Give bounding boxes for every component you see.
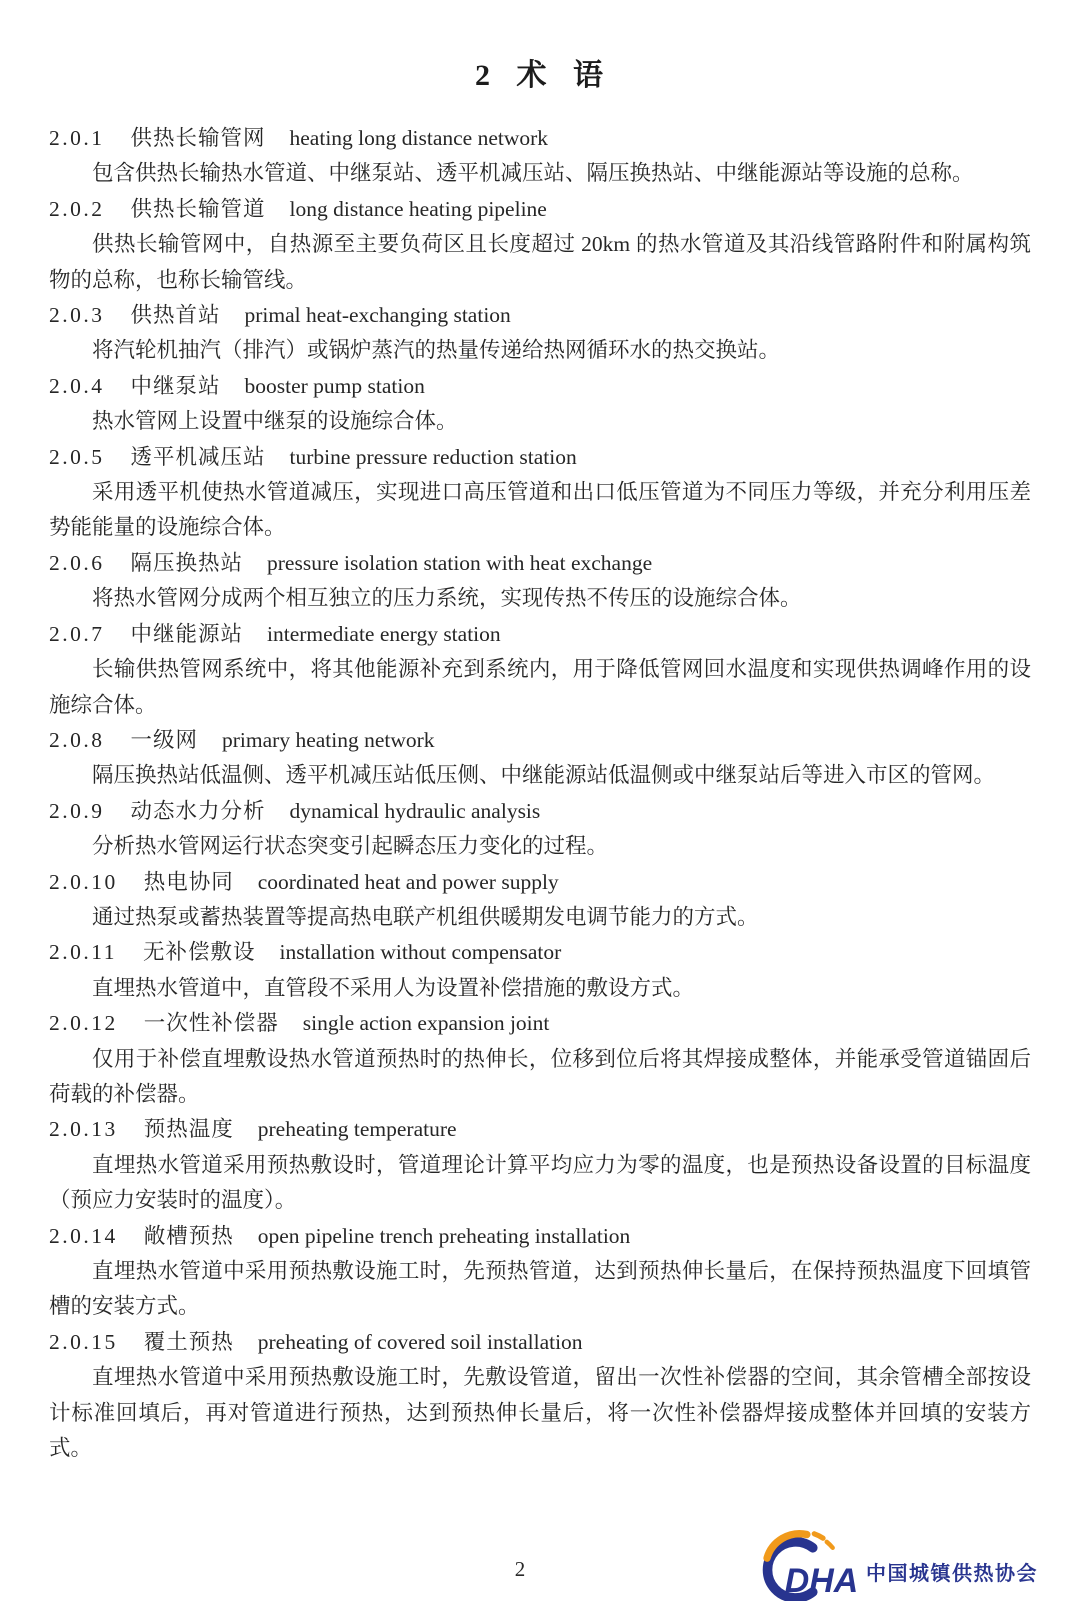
page-number: 2 (470, 1557, 570, 1582)
term-entry: 2.0.15覆土预热preheating of covered soil ins… (49, 1325, 1031, 1467)
term-chinese: 敞槽预热 (144, 1224, 234, 1248)
term-english: primary heating network (222, 728, 435, 752)
term-entry: 2.0.8一级网primary heating network 隔压换热站低温侧… (49, 723, 1031, 794)
term-definition: 将汽轮机抽汽（排汽）或锅炉蒸汽的热量传递给热网循环水的热交换站。 (49, 333, 1031, 368)
term-definition: 分析热水管网运行状态突变引起瞬态压力变化的过程。 (49, 829, 1031, 864)
term-english: dynamical hydraulic analysis (290, 799, 541, 823)
term-english: coordinated heat and power supply (258, 870, 559, 894)
term-number: 2.0.7 (49, 622, 105, 646)
term-heading: 2.0.11无补偿敷设installation without compensa… (49, 935, 1031, 970)
term-number: 2.0.8 (49, 728, 105, 752)
term-definition: 直埋热水管道采用预热敷设时，管道理论计算平均应力为零的温度，也是预热设备设置的目… (49, 1148, 1031, 1219)
term-number: 2.0.11 (49, 940, 117, 964)
term-chinese: 中继泵站 (131, 374, 221, 398)
term-heading: 2.0.15覆土预热preheating of covered soil ins… (49, 1325, 1031, 1360)
term-english: booster pump station (245, 374, 425, 398)
term-entry: 2.0.2供热长输管道long distance heating pipelin… (49, 192, 1031, 298)
term-heading: 2.0.14敞槽预热open pipeline trench preheatin… (49, 1219, 1031, 1254)
association-logo: DHA 中国城镇供热协会 (739, 1527, 1038, 1601)
term-chinese: 透平机减压站 (131, 445, 266, 469)
dha-logo-icon: DHA (739, 1527, 857, 1601)
term-number: 2.0.6 (49, 551, 105, 575)
term-heading: 2.0.6隔压换热站pressure isolation station wit… (49, 546, 1031, 581)
term-entry: 2.0.14敞槽预热open pipeline trench preheatin… (49, 1219, 1031, 1325)
term-heading: 2.0.3供热首站primal heat-exchanging station (49, 298, 1031, 333)
term-english: preheating temperature (258, 1117, 457, 1141)
term-heading: 2.0.5透平机减压站turbine pressure reduction st… (49, 440, 1031, 475)
term-number: 2.0.5 (49, 445, 105, 469)
term-english: pressure isolation station with heat exc… (267, 551, 652, 575)
term-english: intermediate energy station (267, 622, 501, 646)
term-entry: 2.0.1供热长输管网heating long distance network… (49, 121, 1031, 192)
term-heading: 2.0.7中继能源站intermediate energy station (49, 617, 1031, 652)
term-chinese: 供热长输管道 (131, 197, 266, 221)
term-english: single action expansion joint (303, 1011, 550, 1035)
term-heading: 2.0.10热电协同coordinated heat and power sup… (49, 865, 1031, 900)
term-heading: 2.0.8一级网primary heating network (49, 723, 1031, 758)
term-number: 2.0.13 (49, 1117, 118, 1141)
term-number: 2.0.4 (49, 374, 105, 398)
term-definition: 热水管网上设置中继泵的设施综合体。 (49, 404, 1031, 439)
term-definition: 直埋热水管道中采用预热敷设施工时，先敷设管道，留出一次性补偿器的空间，其余管槽全… (49, 1360, 1031, 1466)
association-name: 中国城镇供热协会 (866, 1543, 1038, 1586)
term-entry: 2.0.4中继泵站booster pump station 热水管网上设置中继泵… (49, 369, 1031, 440)
term-chinese: 一次性补偿器 (144, 1011, 279, 1035)
term-chinese: 供热首站 (131, 303, 221, 327)
term-chinese: 热电协同 (144, 870, 234, 894)
term-number: 2.0.10 (49, 870, 118, 894)
term-number: 2.0.14 (49, 1224, 118, 1248)
term-number: 2.0.3 (49, 303, 105, 327)
term-english: preheating of covered soil installation (258, 1330, 583, 1354)
term-chinese: 覆土预热 (144, 1330, 234, 1354)
term-entry: 2.0.10热电协同coordinated heat and power sup… (49, 865, 1031, 936)
term-entry: 2.0.13预热温度preheating temperature 直埋热水管道采… (49, 1112, 1031, 1218)
term-heading: 2.0.4中继泵站booster pump station (49, 369, 1031, 404)
term-number: 2.0.12 (49, 1011, 118, 1035)
term-definition: 长输供热管网系统中，将其他能源补充到系统内，用于降低管网回水温度和实现供热调峰作… (49, 652, 1031, 723)
term-definition: 采用透平机使热水管道减压，实现进口高压管道和出口低压管道为不同压力等级，并充分利… (49, 475, 1031, 546)
term-number: 2.0.9 (49, 799, 105, 823)
term-english: open pipeline trench preheating installa… (258, 1224, 631, 1248)
dha-acronym-text: DHA (785, 1562, 857, 1600)
term-english: heating long distance network (290, 126, 549, 150)
term-entry: 2.0.6隔压换热站pressure isolation station wit… (49, 546, 1031, 617)
term-definition: 供热长输管网中，自热源至主要负荷区且长度超过 20km 的热水管道及其沿线管路附… (49, 227, 1031, 298)
term-entry: 2.0.9动态水力分析dynamical hydraulic analysis … (49, 794, 1031, 865)
term-english: long distance heating pipeline (290, 197, 547, 221)
term-number: 2.0.15 (49, 1330, 118, 1354)
term-definition: 直埋热水管道中采用预热敷设施工时，先预热管道，达到预热伸长量后，在保持预热温度下… (49, 1254, 1031, 1325)
term-chinese: 预热温度 (144, 1117, 234, 1141)
term-definition: 隔压换热站低温侧、透平机减压站低压侧、中继能源站低温侧或中继泵站后等进入市区的管… (49, 758, 1031, 793)
term-heading: 2.0.2供热长输管道long distance heating pipelin… (49, 192, 1031, 227)
term-number: 2.0.2 (49, 197, 105, 221)
term-chinese: 中继能源站 (131, 622, 244, 646)
document-page: 2 术 语 2.0.1供热长输管网heating long distance n… (0, 0, 1080, 1466)
term-english: installation without compensator (279, 940, 561, 964)
term-heading: 2.0.1供热长输管网heating long distance network (49, 121, 1031, 156)
term-entry: 2.0.7中继能源站intermediate energy station 长输… (49, 617, 1031, 723)
term-chinese: 隔压换热站 (131, 551, 244, 575)
term-chinese: 动态水力分析 (131, 799, 266, 823)
term-heading: 2.0.9动态水力分析dynamical hydraulic analysis (49, 794, 1031, 829)
term-entry: 2.0.3供热首站primal heat-exchanging station … (49, 298, 1031, 369)
term-heading: 2.0.13预热温度preheating temperature (49, 1112, 1031, 1147)
term-chinese: 供热长输管网 (131, 126, 266, 150)
term-entry: 2.0.12一次性补偿器single action expansion join… (49, 1006, 1031, 1112)
term-chinese: 无补偿敷设 (143, 940, 256, 964)
term-definition: 将热水管网分成两个相互独立的压力系统，实现传热不传压的设施综合体。 (49, 581, 1031, 616)
term-english: turbine pressure reduction station (290, 445, 577, 469)
term-entry: 2.0.5透平机减压站turbine pressure reduction st… (49, 440, 1031, 546)
terms-section: 2.0.1供热长输管网heating long distance network… (49, 121, 1031, 1466)
term-definition: 包含供热长输热水管道、中继泵站、透平机减压站、隔压换热站、中继能源站等设施的总称… (49, 156, 1031, 191)
term-number: 2.0.1 (49, 126, 105, 150)
term-heading: 2.0.12一次性补偿器single action expansion join… (49, 1006, 1031, 1041)
term-definition: 直埋热水管道中，直管段不采用人为设置补偿措施的敷设方式。 (49, 971, 1031, 1006)
term-english: primal heat-exchanging station (245, 303, 511, 327)
term-definition: 通过热泵或蓄热装置等提高热电联产机组供暖期发电调节能力的方式。 (49, 900, 1031, 935)
page-title: 2 术 语 (49, 50, 1031, 94)
term-chinese: 一级网 (131, 728, 199, 752)
term-definition: 仅用于补偿直埋敷设热水管道预热时的热伸长，位移到位后将其焊接成整体，并能承受管道… (49, 1042, 1031, 1113)
term-entry: 2.0.11无补偿敷设installation without compensa… (49, 935, 1031, 1006)
